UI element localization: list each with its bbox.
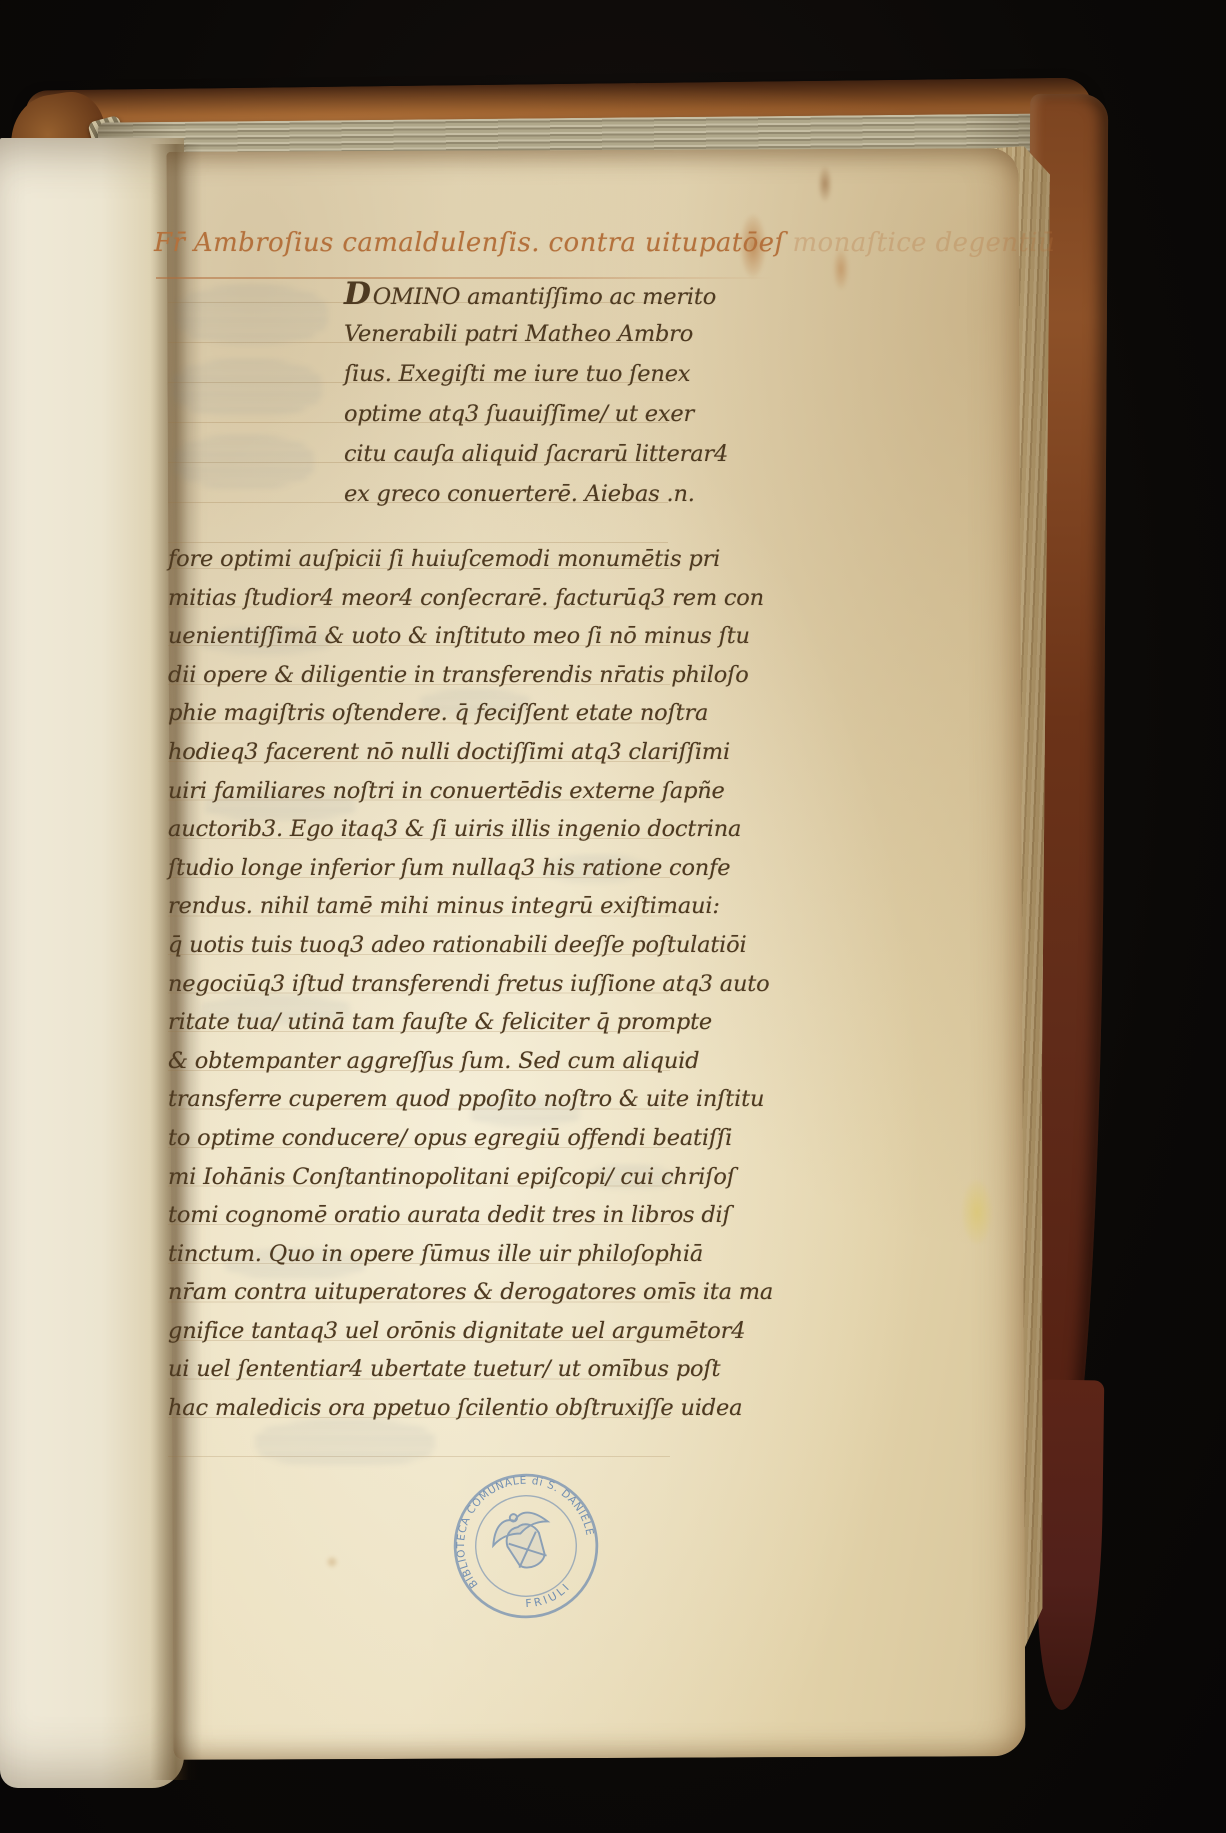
manuscript-text-line: negociūq3 iſtud transferendi fretus iuſſ…: [168, 965, 773, 1004]
manuscript-text-line: hac maledicis ora ppetuo ſcilentio obſtr…: [168, 1389, 773, 1428]
manuscript-text-line: ex greco conuerterē. Aiebas .n.: [344, 474, 728, 514]
opening-initial: D: [344, 276, 371, 312]
manuscript-text-line: citu cauſa aliquid ſacrarū litterar4: [344, 434, 728, 474]
rubric-faded-text: monaſtice degentiū: [792, 228, 1055, 258]
manuscript-text-line: uiri familiares noſtri in conuertēdis ex…: [168, 772, 773, 811]
manuscript-text-line: dii opere & diligentie in transferendis …: [168, 656, 773, 695]
manuscript-text-line: ſius. Exegiſti me iure tuo ſenex: [344, 354, 728, 394]
dedication-lines: Venerabili patri Matheo Ambroſius. Exegi…: [344, 314, 728, 514]
manuscript-text-line: to optime conducere/ opus egregiū offend…: [168, 1119, 773, 1158]
manuscript-text-line: tinctum. Quo in opere ſūmus ille uir phi…: [168, 1235, 773, 1274]
manuscript-text-line: DOMINO amantiſſimo ac merito: [344, 274, 728, 314]
manuscript-text-line: ritate tua/ utinā tam fauſte & feliciter…: [168, 1003, 773, 1042]
manuscript-text-line: transferre cuperem quod ppoſito noſtro &…: [168, 1080, 773, 1119]
manuscript-text-line: hodieq3 facerent nō nulli doctiſſimi atq…: [168, 733, 773, 772]
manuscript-text-line: uenientiſſimā & uoto & inſtituto meo ſi …: [168, 617, 773, 656]
ink-bleed-through: [172, 360, 322, 416]
manuscript-text-line: gnifice tantaq3 uel orōnis dignitate uel…: [168, 1312, 773, 1351]
manuscript-text-line: fore optimi auſpicii ſi huiuſcemodi monu…: [168, 540, 773, 579]
ink-bleed-through: [176, 286, 328, 344]
leather-cover-bottom-right: [1036, 1380, 1105, 1711]
ink-bleed-through: [174, 436, 314, 488]
manuscript-text-line: auctorib3. Ego itaq3 & ſi uiris illis in…: [168, 810, 773, 849]
manuscript-text-line: rendus. nihil tamē mihi minus integrū ex…: [168, 887, 773, 926]
parchment-stain: [326, 1556, 338, 1568]
manuscript-text-line: Venerabili patri Matheo Ambro: [344, 314, 728, 354]
body-text-block: fore optimi auſpicii ſi huiuſcemodi monu…: [168, 540, 773, 1428]
photo-background: Fr̄ Ambroſius camaldulenſis. contra uitu…: [0, 0, 1226, 1833]
parchment-stain: [818, 166, 832, 202]
manuscript-text-line: & obtempanter aggreſſus ſum. Sed cum ali…: [168, 1042, 773, 1081]
manuscript-text-line: phie magiſtris oſtendere. q̄ feciſſent e…: [168, 694, 773, 733]
manuscript-text-line: ſtudio longe inferior ſum nullaq3 his ra…: [168, 849, 773, 888]
fore-edge-wax-stain: [962, 1180, 992, 1244]
opening-line-text: OMINO amantiſſimo ac merito: [373, 284, 716, 310]
manuscript-text-line: nr̄am contra uituperatores & derogatores…: [168, 1273, 773, 1312]
dedication-block: DOMINO amantiſſimo ac merito Venerabili …: [344, 274, 728, 514]
manuscript-text-line: ui uel ſententiar4 ubertate tuetur/ ut o…: [168, 1350, 773, 1389]
left-flyleaf-page: [0, 138, 184, 1788]
rubric-main-text: Fr̄ Ambroſius camaldulenſis. contra uitu…: [154, 228, 784, 258]
manuscript-text-line: q̄ uotis tuis tuoq3 adeo rationabili dee…: [168, 926, 773, 965]
manuscript-text-line: mitias ſtudior4 meor4 conſecrarē. factur…: [168, 579, 773, 618]
manuscript-text-line: mi Iohānis Conſtantinopolitani epiſcopi/…: [168, 1158, 773, 1197]
rubric-title: Fr̄ Ambroſius camaldulenſis. contra uitu…: [154, 228, 1055, 258]
manuscript-text-line: tomi cognomē oratio aurata dedit tres in…: [168, 1196, 773, 1235]
stamp-crest: [485, 1502, 562, 1578]
manuscript-text-line: optime atq3 ſuauiſſime/ ut exer: [344, 394, 728, 434]
